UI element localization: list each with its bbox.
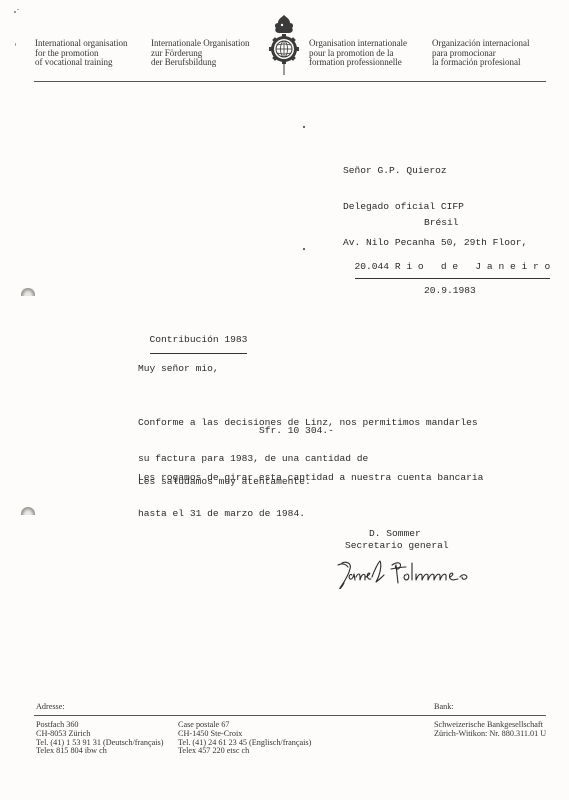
salutation: Muy señor mio, <box>138 363 219 375</box>
scan-mark <box>14 11 16 13</box>
footer-divider <box>34 715 546 716</box>
letterhead-divider <box>34 81 546 82</box>
punch-hole <box>21 288 35 296</box>
handwritten-signature <box>336 555 516 595</box>
letterhead-english: International organisation for the promo… <box>35 39 128 68</box>
letter-subject: Contribución 1983 <box>138 322 247 354</box>
fold-mark <box>303 126 305 128</box>
closing: Les saludamos muy atentamente. <box>138 476 311 488</box>
letter-date: 20.9.1983 <box>424 285 476 297</box>
footer-address-ste-croix: Case postale 67 CH-1450 Ste-Croix Tel. (… <box>178 721 311 756</box>
recipient-address: Señor G.P. Quieroz Delegado oficial CIFP… <box>343 141 550 279</box>
footer-bank-details: Schweizerische Bankgesellschaft Zürich-W… <box>434 721 546 739</box>
signatory-name: D. Sommer <box>369 528 421 540</box>
signatory-title: Secretario general <box>345 540 449 552</box>
letterhead-spanish: Organización internacional para promocio… <box>432 39 530 68</box>
invoice-amount: Sfr. 10 304.- <box>259 425 334 437</box>
footer-bank-label: Bank: <box>434 702 454 711</box>
recipient-city: 20.044 R i o d e J a n e i r o <box>355 261 551 279</box>
letterhead-french: Organisation internationale pour la prom… <box>309 39 407 68</box>
letterhead-german: Internationale Organisation zur Förderun… <box>151 39 250 68</box>
body-paragraph-2: Les rogamos de girar esta cantidad a nue… <box>138 448 483 532</box>
recipient-country: Brésil <box>424 217 459 229</box>
punch-hole <box>21 507 35 515</box>
gear-globe-flame-emblem-icon <box>269 13 299 75</box>
fold-mark <box>303 248 305 250</box>
scan-mark <box>17 9 19 10</box>
scan-mark <box>15 43 16 46</box>
footer-address-label: Adresse: <box>36 702 65 711</box>
footer-address-zurich: Postfach 360 CH-8053 Zürich Tel. (41) 1 … <box>36 721 163 756</box>
